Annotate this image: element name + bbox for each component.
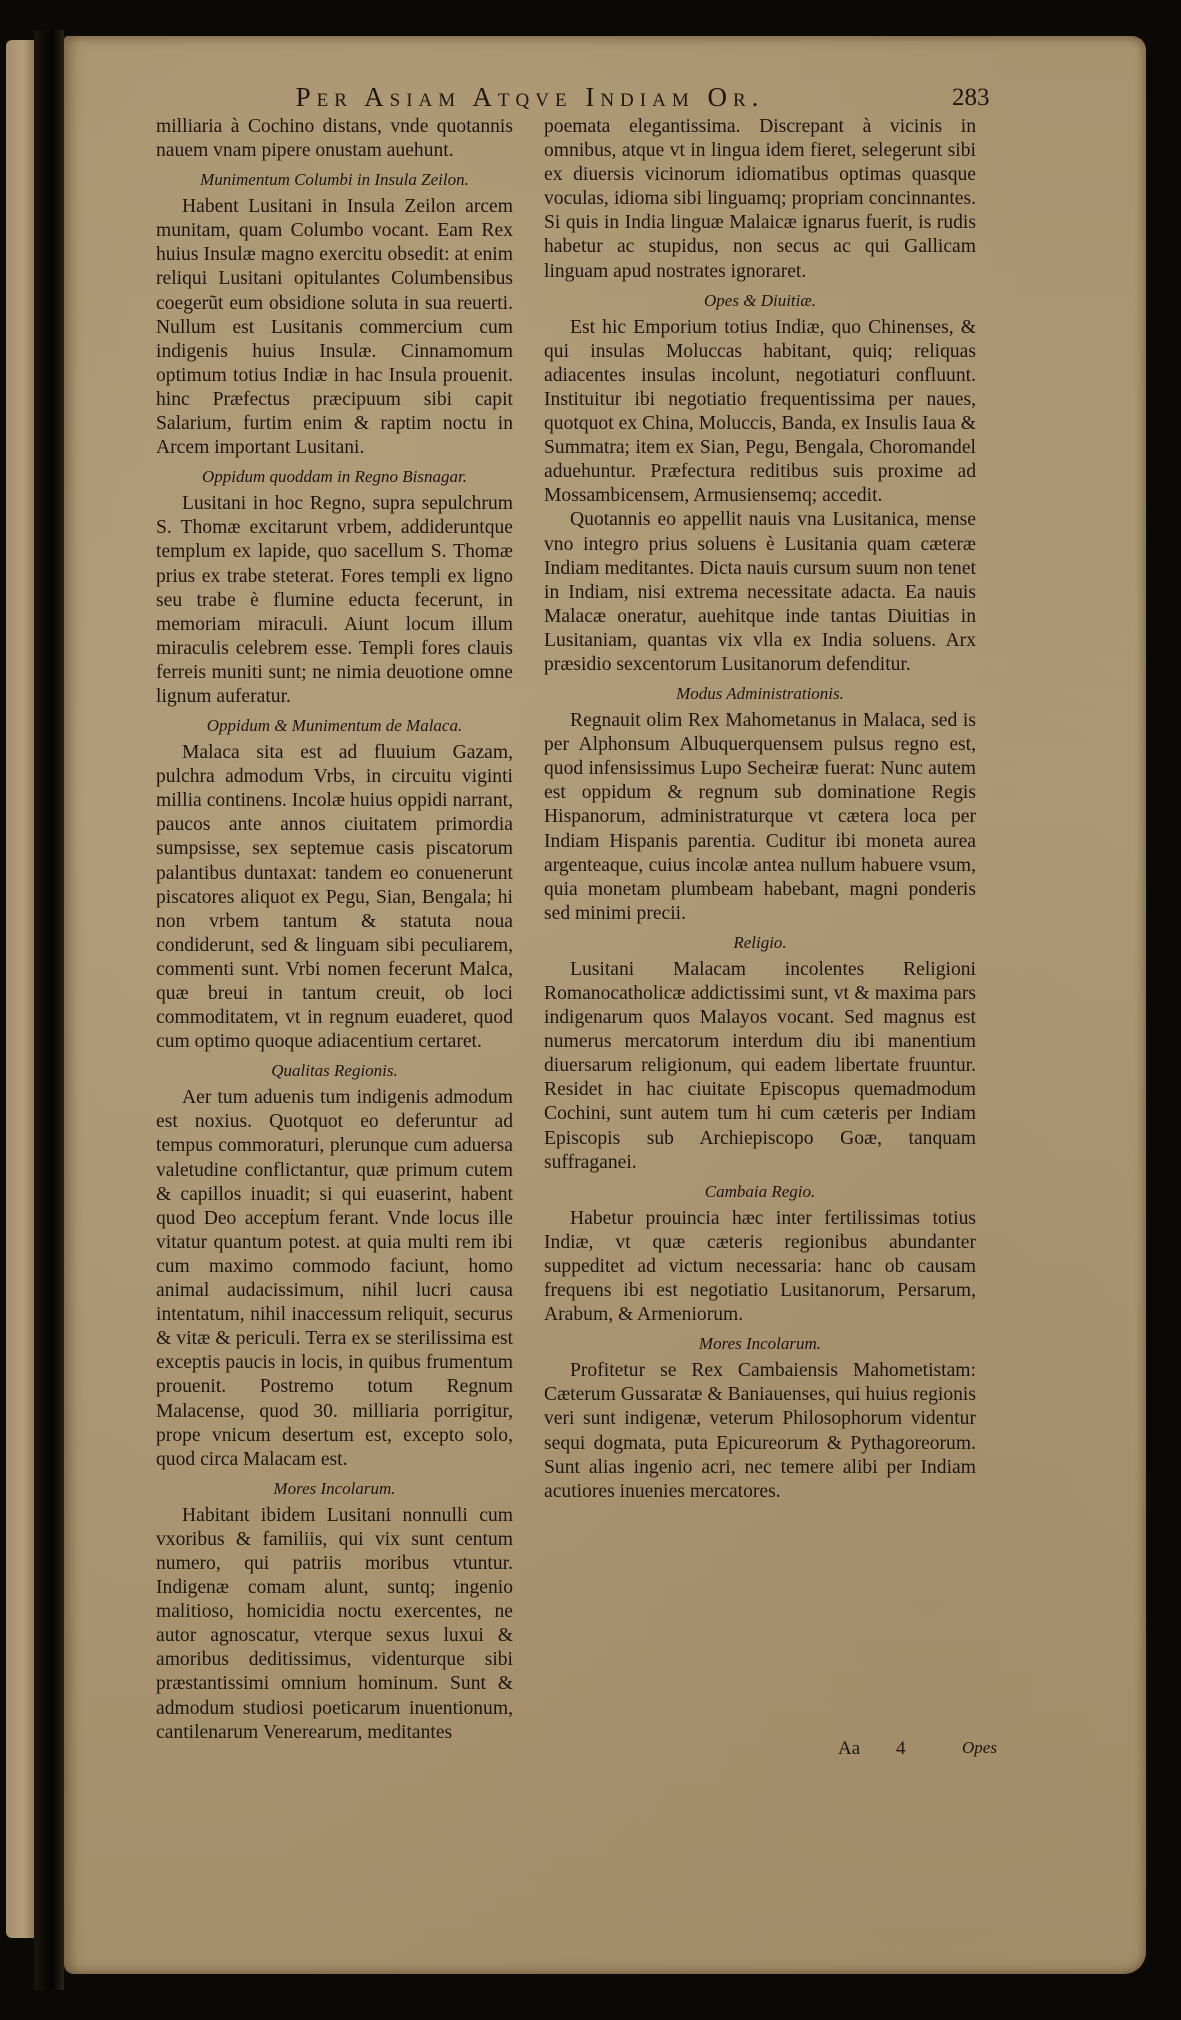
section-heading: Qualitas Regionis. — [156, 1060, 513, 1082]
left-column: milliaria à Cochino distans, vnde quotan… — [156, 115, 513, 1745]
paragraph: Aer tum aduenis tum indigenis admodum es… — [156, 1086, 513, 1472]
section-heading: Cambaia Regio. — [544, 1181, 976, 1203]
catchword: Opes — [962, 1738, 997, 1758]
paragraph: Profitetur se Rex Cambaiensis Mahometist… — [544, 1359, 976, 1504]
paragraph: Quotannis eo appellit nauis vna Lusitani… — [544, 508, 976, 677]
paragraph: Est hic Emporium totius Indiæ, quo Chine… — [544, 316, 976, 509]
section-heading: Religio. — [544, 932, 976, 954]
section-heading: Opes & Diuitiæ. — [544, 290, 976, 312]
running-head: Per Asiam Atqve Indiam Or. — [170, 82, 890, 113]
paragraph: Lusitani Malacam incolentes Religioni Ro… — [544, 958, 976, 1175]
section-heading: Oppidum quoddam in Regno Bisnagar. — [156, 466, 513, 488]
signature-number: 4 — [896, 1738, 906, 1760]
section-heading: Mores Incolarum. — [156, 1478, 513, 1500]
paragraph: Habetur prouincia hæc inter fertilissima… — [544, 1207, 976, 1327]
page-number: 283 — [952, 84, 990, 112]
section-heading: Oppidum & Munimentum de Malaca. — [156, 715, 513, 737]
facing-page-edge — [6, 40, 34, 1938]
right-column: poemata elegantissima. Discrepant à vici… — [544, 115, 976, 1504]
section-heading: Munimentum Columbi in Insula Zeilon. — [156, 169, 513, 191]
paragraph: poemata elegantissima. Discrepant à vici… — [544, 115, 976, 284]
paragraph: milliaria à Cochino distans, vnde quotan… — [156, 115, 513, 163]
section-heading: Mores Incolarum. — [544, 1333, 976, 1355]
paragraph: Habitant ibidem Lusitani nonnulli cum vx… — [156, 1504, 513, 1745]
section-heading: Modus Administrationis. — [544, 683, 976, 705]
paragraph: Habent Lusitani in Insula Zeilon arcem m… — [156, 195, 513, 460]
book-gutter — [34, 30, 64, 1990]
paragraph: Regnauit olim Rex Mahometanus in Malaca,… — [544, 709, 976, 926]
signature-mark: Aa — [838, 1738, 860, 1760]
paragraph: Malaca sita est ad fluuium Gazam, pulchr… — [156, 741, 513, 1054]
paragraph: Lusitani in hoc Regno, supra sepulchrum … — [156, 492, 513, 709]
